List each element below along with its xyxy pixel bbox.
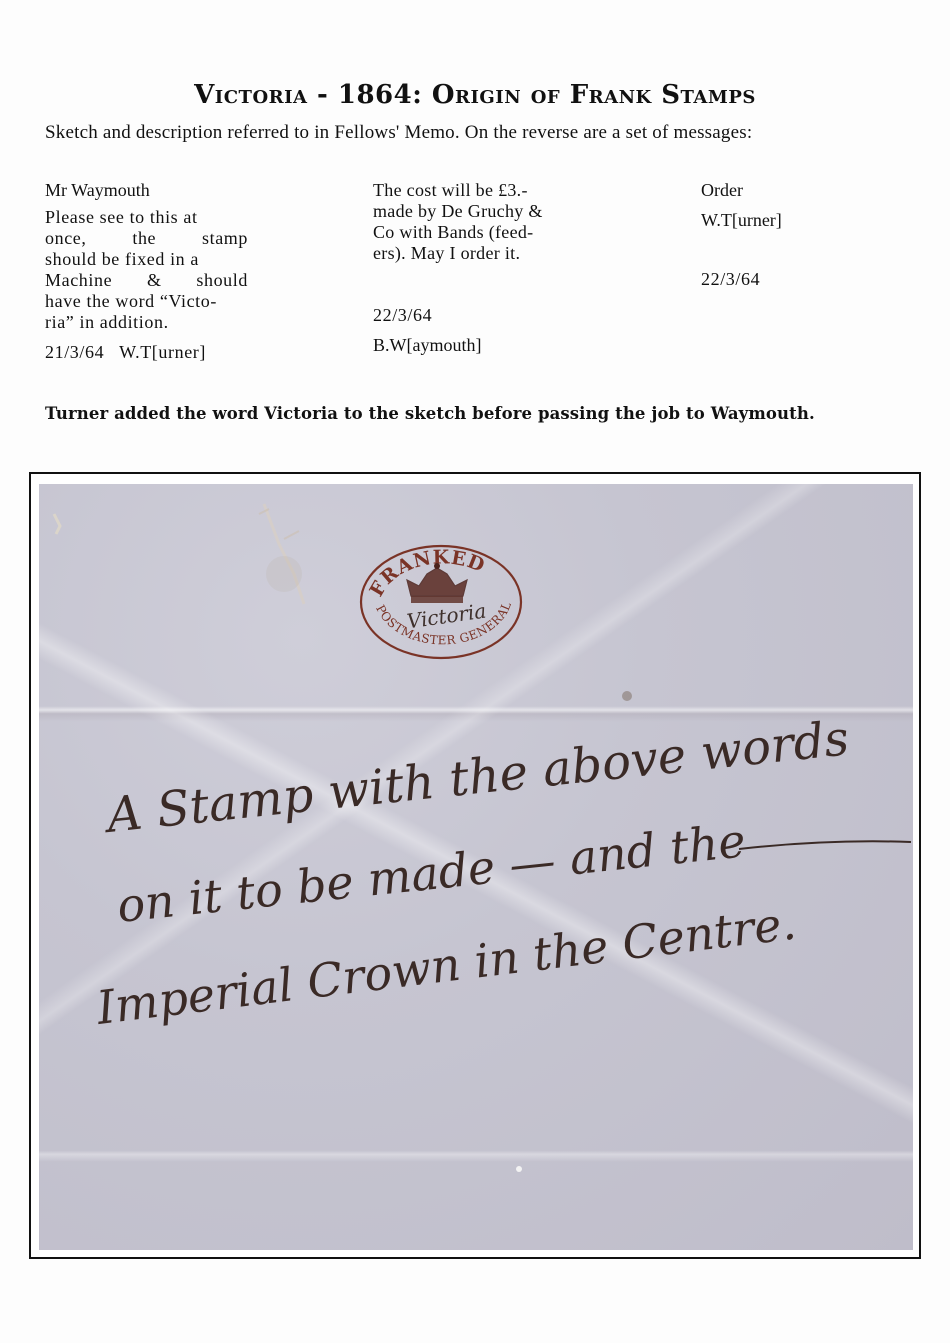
body-line: made by De Gruchy & (373, 201, 579, 222)
message-date: 22/3/64 (373, 305, 579, 326)
message-turner-order: Order W.T[urner] 22/3/64 (701, 180, 901, 290)
body-line: Co with Bands (feed- (373, 222, 579, 243)
message-body: Please see to this at once, the stamp sh… (45, 207, 248, 333)
sketch-photograph: FRANKED POSTMASTER GENERAL Victoria A St… (39, 484, 913, 1250)
handwritten-instruction: A Stamp with the above words on it to be… (93, 710, 852, 1035)
body-line: Machine & should (45, 270, 248, 291)
explanatory-note: Turner added the word Victoria to the sk… (45, 404, 815, 423)
message-heading: Mr Waymouth (45, 180, 248, 201)
page-subtitle: Sketch and description referred to in Fe… (45, 122, 752, 144)
page-title: Victoria - 1864: Origin of Frank Stamps (0, 80, 950, 110)
message-waymouth-reply: The cost will be £3.- made by De Gruchy … (373, 180, 579, 356)
message-signoff: 21/3/64 W.T[urner] (45, 342, 248, 363)
body-line: The cost will be £3.- (373, 180, 579, 201)
exhibit-frame: FRANKED POSTMASTER GENERAL Victoria A St… (29, 472, 921, 1259)
body-line: Please see to this at (45, 207, 248, 228)
message-turner-to-waymouth: Mr Waymouth Please see to this at once, … (45, 180, 248, 363)
message-date: 22/3/64 (701, 269, 901, 290)
body-line: once, the stamp (45, 228, 248, 249)
message-body: The cost will be £3.- made by De Gruchy … (373, 180, 579, 264)
body-line: should be fixed in a (45, 249, 248, 270)
franked-stamp: FRANKED POSTMASTER GENERAL (361, 546, 521, 658)
message-signoff: W.T[urner] (701, 210, 901, 231)
sketch-artwork: FRANKED POSTMASTER GENERAL Victoria A St… (39, 484, 913, 1250)
body-line: have the word “Victo- (45, 291, 248, 312)
body-line: ria” in addition. (45, 312, 248, 333)
body-line: ers). May I order it. (373, 243, 579, 264)
message-heading: Order (701, 180, 901, 201)
message-signoff: B.W[aymouth] (373, 335, 579, 356)
